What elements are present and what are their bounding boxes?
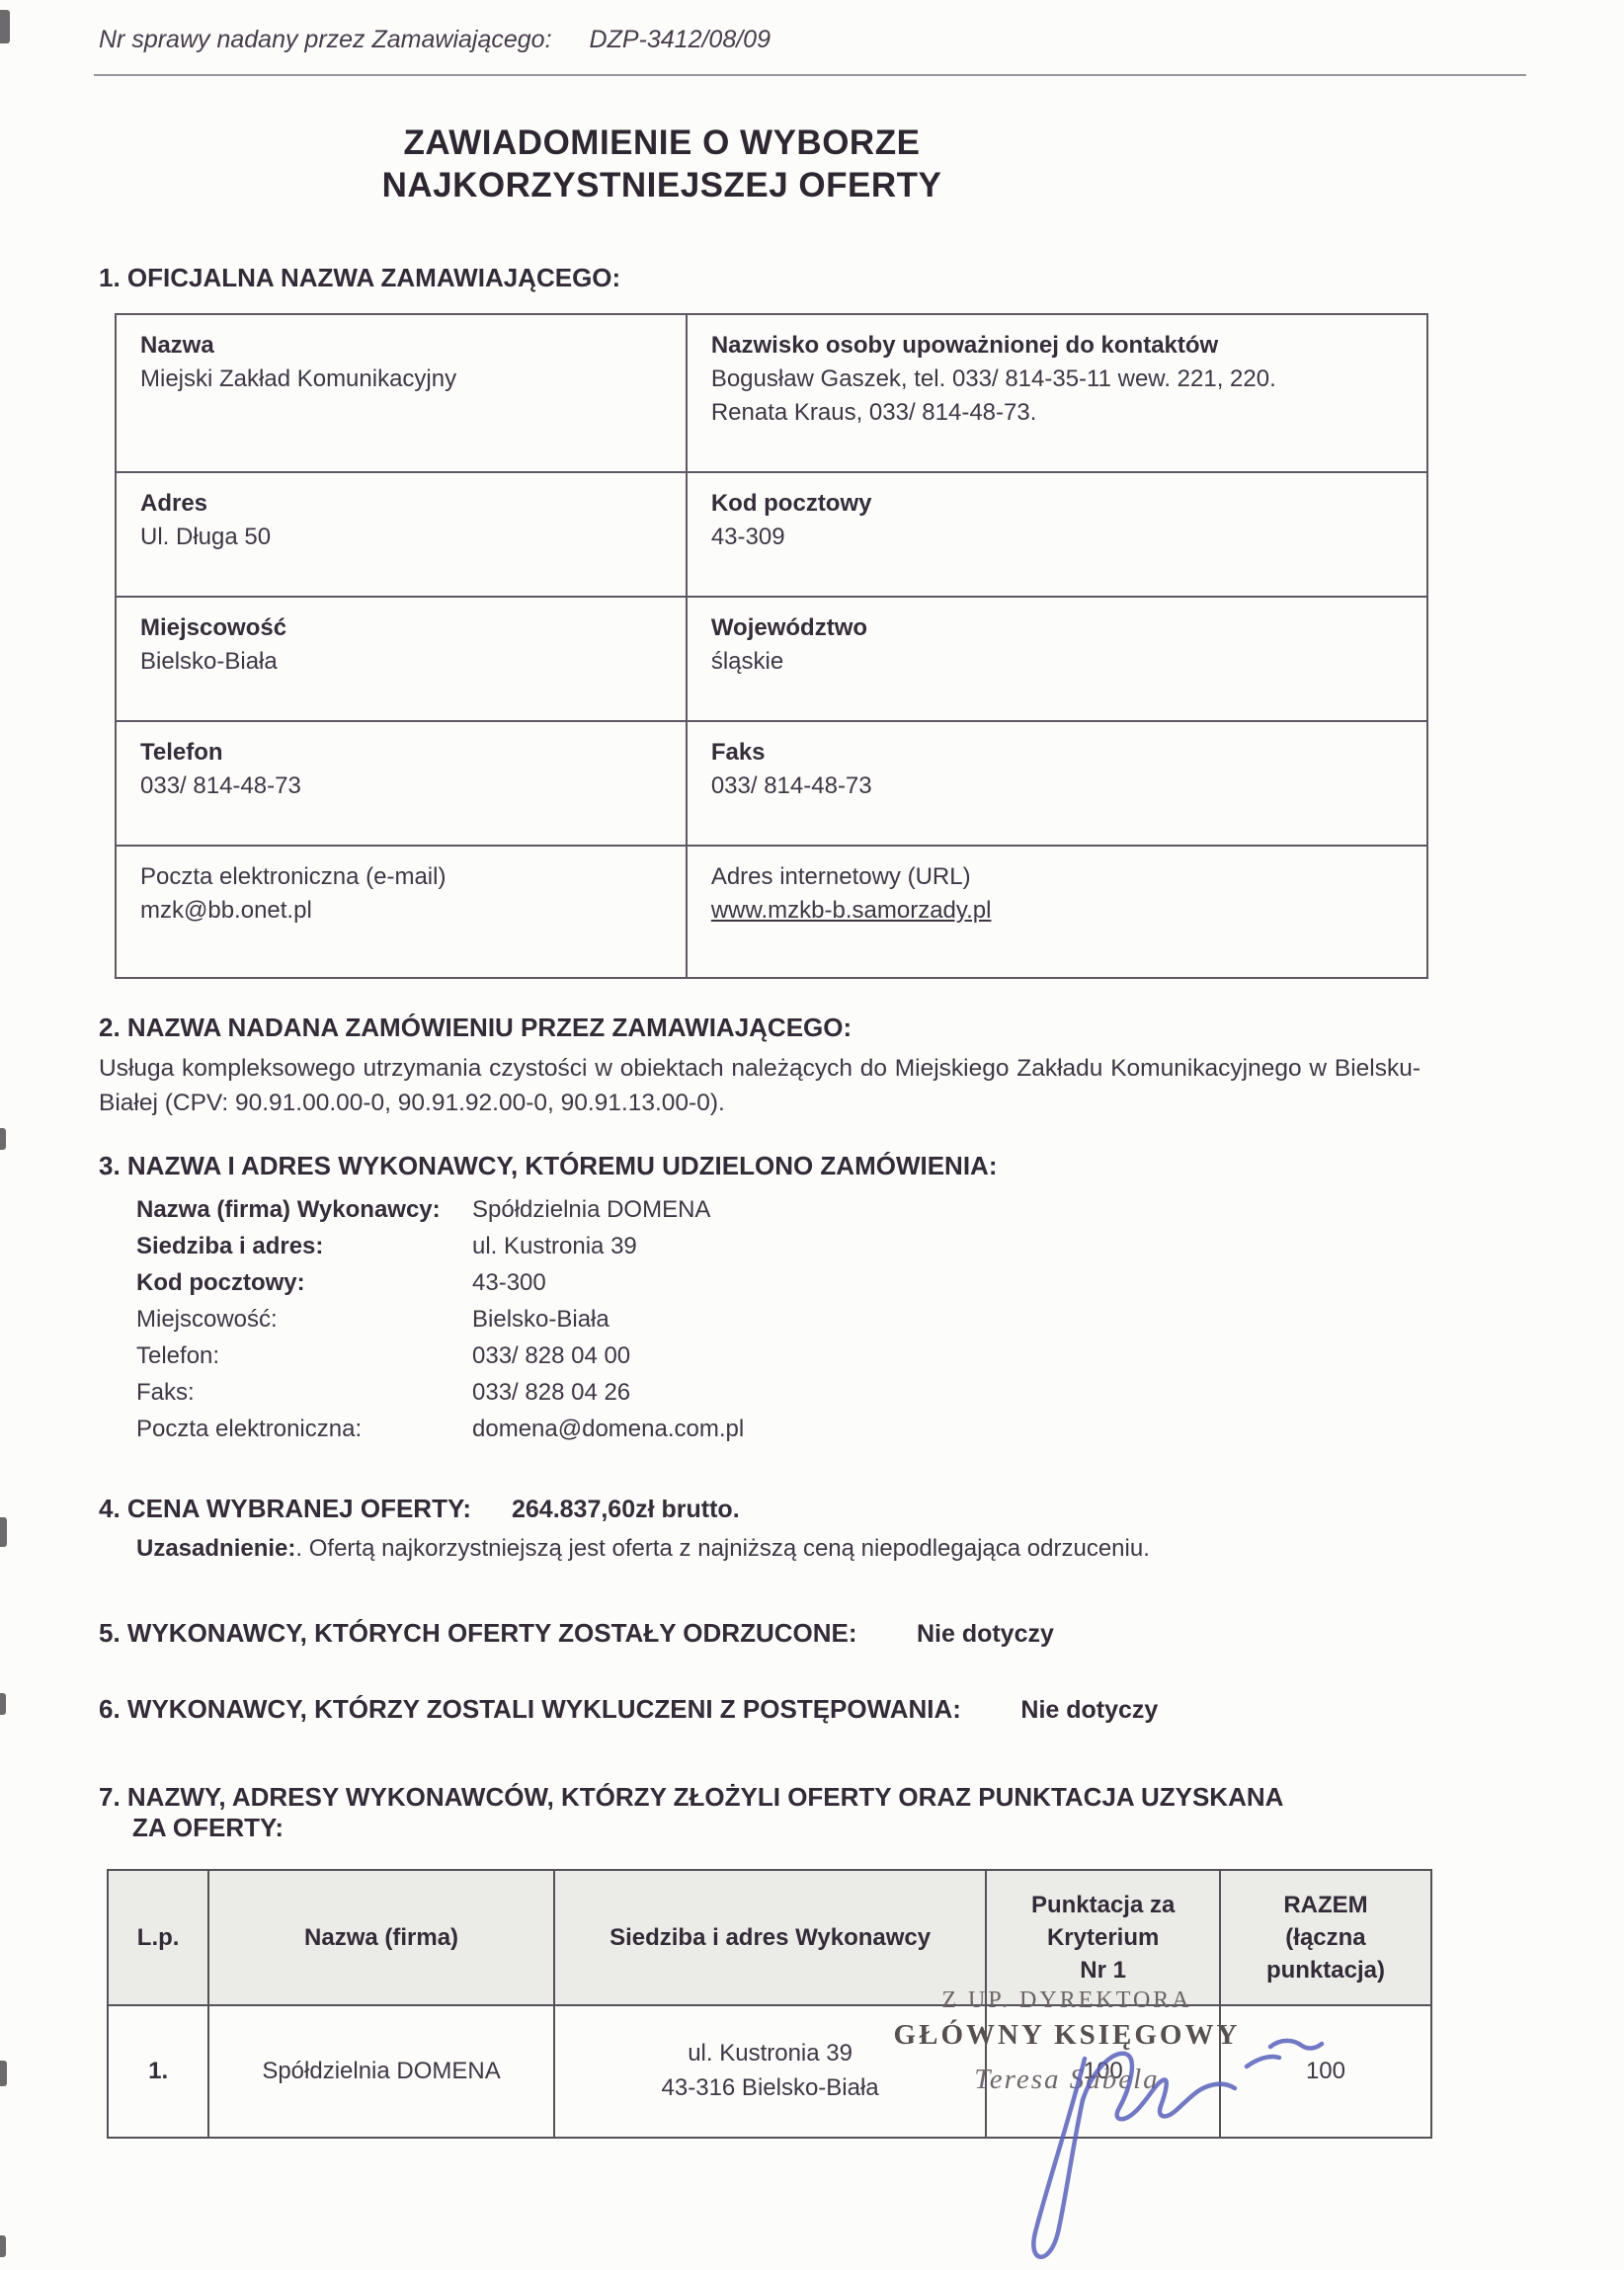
signer-name: Teresa Sabela [850,2064,1284,2096]
header-lp: L.p. [108,1870,208,2005]
document-title-line2: NAJKORZYSTNIEJSZEJ OFERTY [99,164,1225,206]
section4: 4. CENA WYBRANEJ OFERTY: 264.837,60zł br… [99,1489,1438,1569]
cell-label: Adres [140,487,672,521]
field-value: ul. Kustronia 39 [472,1228,1438,1264]
cell-label: Nazwisko osoby upoważnionej do kontaktów [711,329,1413,363]
cell-kontakt: Nazwisko osoby upoważnionej do kontaktów… [687,314,1427,472]
cell-lp: 1. [108,2005,208,2138]
field-label: Kod pocztowy: [136,1264,472,1301]
website-url: www.mzkb-b.samorzady.pl [711,894,1413,928]
contracting-authority-table: Nazwa Miejski Zakład Komunikacyjny Nazwi… [115,313,1428,979]
cell-email: Poczta elektroniczna (e-mail) mzk@bb.one… [116,846,687,978]
table-row: Nazwa Miejski Zakład Komunikacyjny Nazwi… [116,314,1427,472]
section1-heading: 1. OFICJALNA NAZWA ZAMAWIAJĄCEGO: [99,263,1438,293]
field-label: Nazwa (firma) Wykonawcy: [136,1191,472,1228]
cell-label: Faks [711,736,1413,770]
justification-text: . Ofertą najkorzystniejszą jest oferta z… [295,1535,1149,1562]
field-value: domena@domena.com.pl [472,1411,1438,1447]
cell-value: 43-309 [711,521,1413,554]
cell-miejscowosc: Miejscowość Bielsko-Biała [116,597,687,721]
cell-label: Nazwa [140,329,672,363]
table-row: Miejscowość Bielsko-Biała Województwo śl… [116,597,1427,721]
case-number-value: DZP-3412/08/09 [590,26,771,53]
selected-offer-price: 264.837,60zł brutto. [512,1496,740,1523]
scan-artifact [0,1517,7,1547]
cell-wojewodztwo: Województwo śląskie [687,597,1427,721]
section2-body: Usługa kompleksowego utrzymania czystośc… [99,1051,1421,1121]
cell-value: Bogusław Gaszek, tel. 033/ 814-35-11 wew… [711,363,1413,430]
header-razem: RAZEM (łączna punktacja) [1220,1870,1431,2005]
section2: 2. NAZWA NADANA ZAMÓWIENIU PRZEZ ZAMAWIA… [99,1013,1438,1121]
cell-label: Województwo [711,611,1413,645]
scan-artifact [0,2235,6,2257]
cell-telefon: Telefon 033/ 814-48-73 [116,721,687,846]
cell-label: Poczta elektroniczna (e-mail) [140,860,672,894]
scan-artifact [0,1693,6,1715]
field-label: Telefon: [136,1338,472,1374]
list-item: Telefon: 033/ 828 04 00 [136,1338,1438,1374]
document-title: ZAWIADOMIENIE O WYBORZE NAJKORZYSTNIEJSZ… [99,122,1225,207]
list-item: Miejscowość: Bielsko-Biała [136,1301,1438,1338]
section7-heading-line2: ZA OFERTY: [99,1813,1438,1843]
field-value: Spółdzielnia DOMENA [472,1191,1438,1228]
cell-label: Miejscowość [140,611,672,645]
section2-heading: 2. NAZWA NADANA ZAMÓWIENIU PRZEZ ZAMAWIA… [99,1013,1438,1043]
list-item: Siedziba i adres: ul. Kustronia 39 [136,1228,1438,1264]
contractor-details: Nazwa (firma) Wykonawcy: Spółdzielnia DO… [136,1191,1438,1447]
field-label: Faks: [136,1374,472,1411]
section5-value: Nie dotyczy [917,1620,1054,1648]
cell-value: 033/ 814-48-73 [711,770,1413,803]
section5: 5. WYKONAWCY, KTÓRYCH OFERTY ZOSTAŁY ODR… [99,1618,1438,1649]
list-item: Poczta elektroniczna: domena@domena.com.… [136,1411,1438,1447]
scan-artifact [0,10,10,43]
header-nazwa-firma: Nazwa (firma) [208,1870,554,2005]
cell-label: Telefon [140,736,672,770]
section6-heading: 6. WYKONAWCY, KTÓRZY ZOSTALI WYKLUCZENI … [99,1694,961,1724]
justification-line: Uzasadnienie:. Ofertą najkorzystniejszą … [136,1529,1438,1569]
section6: 6. WYKONAWCY, KTÓRZY ZOSTALI WYKLUCZENI … [99,1694,1438,1725]
cell-value: Bielsko-Biała [140,645,672,679]
cell-url: Adres internetowy (URL) www.mzkb-b.samor… [687,846,1427,978]
header-punktacja: Punktacja za Kryterium Nr 1 [986,1870,1220,2005]
cell-value: mzk@bb.onet.pl [140,894,672,928]
field-value: 43-300 [472,1264,1438,1301]
cell-adres: Adres Ul. Długa 50 [116,472,687,597]
field-value: 033/ 828 04 00 [472,1338,1438,1374]
scan-artifact [0,2061,7,2086]
document-title-line1: ZAWIADOMIENIE O WYBORZE [99,122,1225,164]
list-item: Faks: 033/ 828 04 26 [136,1374,1438,1411]
document-content: Nr sprawy nadany przez Zamawiającego:DZP… [99,0,1438,2139]
stamp-role-line2: GŁÓWNY KSIĘGOWY [850,2019,1284,2052]
signature-block: Z UP. DYREKTORA GŁÓWNY KSIĘGOWY Teresa S… [850,1987,1284,2096]
cell-value: 033/ 814-48-73 [140,770,672,803]
cell-label: Kod pocztowy [711,487,1413,521]
justification-label: Uzasadnienie: [136,1535,295,1562]
cell-nazwa-firma: Spółdzielnia DOMENA [208,2005,554,2138]
stamp-role-line1: Z UP. DYREKTORA [850,1987,1284,2014]
field-value: Bielsko-Biała [472,1301,1438,1338]
field-value: 033/ 828 04 26 [472,1374,1438,1411]
list-item: Nazwa (firma) Wykonawcy: Spółdzielnia DO… [136,1191,1438,1228]
cell-value: Miejski Zakład Komunikacyjny [140,363,672,396]
field-label: Miejscowość: [136,1301,472,1338]
field-label: Siedziba i adres: [136,1228,472,1264]
list-item: Kod pocztowy: 43-300 [136,1264,1438,1301]
table-row: Telefon 033/ 814-48-73 Faks 033/ 814-48-… [116,721,1427,846]
field-label: Poczta elektroniczna: [136,1411,472,1447]
price-line: 4. CENA WYBRANEJ OFERTY: 264.837,60zł br… [99,1489,1438,1529]
scan-artifact [0,1128,6,1150]
cell-kod-pocztowy: Kod pocztowy 43-309 [687,472,1427,597]
document-page: Nr sprawy nadany przez Zamawiającego:DZP… [0,0,1624,2270]
header-siedziba: Siedziba i adres Wykonawcy [554,1870,987,2005]
section7-heading-line1: 7. NAZWY, ADRESY WYKONAWCÓW, KTÓRZY ZŁOŻ… [99,1782,1438,1813]
cell-faks: Faks 033/ 814-48-73 [687,721,1427,846]
section6-value: Nie dotyczy [1020,1696,1158,1724]
table-row: Poczta elektroniczna (e-mail) mzk@bb.one… [116,846,1427,978]
section3-heading: 3. NAZWA I ADRES WYKONAWCY, KTÓREMU UDZI… [99,1151,1438,1181]
cell-label: Adres internetowy (URL) [711,860,1413,894]
cell-value: śląskie [711,645,1413,679]
table-row: Adres Ul. Długa 50 Kod pocztowy 43-309 [116,472,1427,597]
cell-value: Ul. Długa 50 [140,521,672,554]
case-number-label: Nr sprawy nadany przez Zamawiającego: [99,26,552,53]
section3: 3. NAZWA I ADRES WYKONAWCY, KTÓREMU UDZI… [99,1151,1438,1447]
section4-heading: 4. CENA WYBRANEJ OFERTY: [99,1494,471,1523]
section5-heading: 5. WYKONAWCY, KTÓRYCH OFERTY ZOSTAŁY ODR… [99,1618,857,1648]
table-header-row: L.p. Nazwa (firma) Siedziba i adres Wyko… [108,1870,1431,2005]
header-divider [94,74,1526,76]
case-number-line: Nr sprawy nadany przez Zamawiającego:DZP… [99,26,1438,54]
cell-nazwa: Nazwa Miejski Zakład Komunikacyjny [116,314,687,472]
